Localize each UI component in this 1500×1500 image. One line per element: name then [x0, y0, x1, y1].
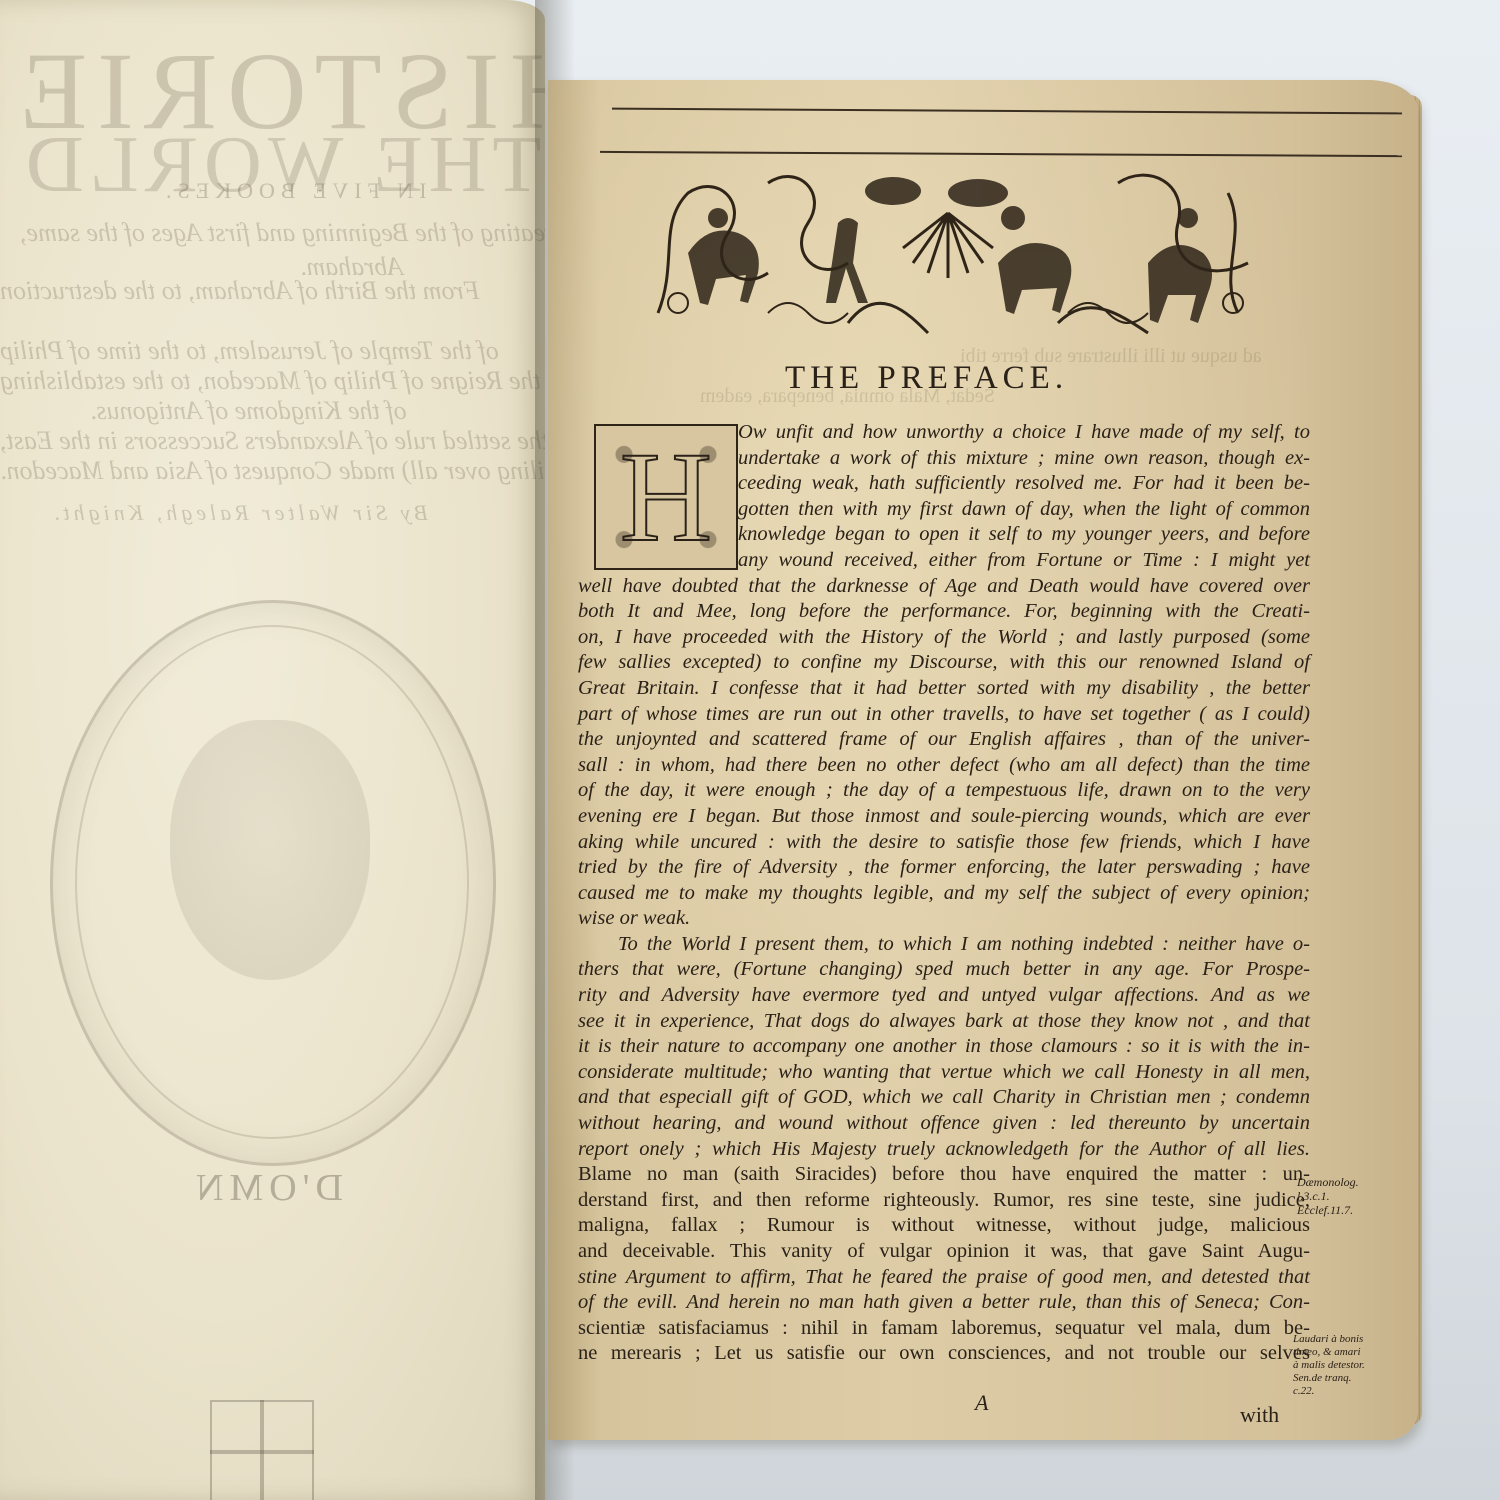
- text-line: both It and Mee, long before the perform…: [578, 599, 1310, 625]
- text-line: sall : in whom, had there been no other …: [578, 753, 1310, 779]
- margin-note-daemonologie: Dæmonolog. l.3.c.1. Ecclef.11.7.: [1297, 1175, 1359, 1217]
- text-line: undertake a work of this mixture ; mine …: [738, 446, 1310, 472]
- margin-note-line: Laudari à bonis: [1293, 1333, 1365, 1346]
- left-page-title-leaf: HISTORIE OF THE WORLD IN FIVE BOOKES. In…: [0, 0, 545, 1500]
- text-line: gotten then with my first dawn of day, w…: [738, 497, 1310, 523]
- margin-note-line: à malis detestor.: [1293, 1359, 1365, 1372]
- text-line: report onely ; which His Majesty truely …: [578, 1137, 1310, 1163]
- margin-note-line: c.22.: [1293, 1385, 1365, 1398]
- text-line-underlined: tried by the fire of Adversity , the for…: [578, 855, 1310, 881]
- signature-mark: A: [975, 1390, 988, 1416]
- woodcut-headpiece-icon: [648, 163, 1260, 343]
- portrait-figure: [170, 720, 370, 980]
- bleed-through-subtitle: IN FIVE BOOKES.: [160, 178, 427, 204]
- text-line: and that especiall gift of GOD, which we…: [578, 1085, 1310, 1111]
- text-line: evening ere I began. But those inmost an…: [578, 804, 1310, 830]
- text-line: on, I have proceeded with the History of…: [578, 625, 1310, 651]
- text-line-underlined: aking while uncured : with the desire to…: [578, 830, 1310, 856]
- text-line-underlined: caused me to make my thoughts legible, a…: [578, 881, 1310, 907]
- text-line: Great Britain. I confesse that it had be…: [578, 676, 1310, 702]
- preface-body-text: Ow unfit and how unworthy a choice I hav…: [578, 420, 1310, 1367]
- text-line: part of whose times are run out in other…: [578, 702, 1310, 728]
- text-line-underlined: thers that were, (Fortune changing) sped…: [578, 957, 1310, 983]
- bleed-through-author: By Sir Walter Ralegh, Knight.: [50, 500, 428, 526]
- margin-note-line: Dæmonolog.: [1297, 1175, 1359, 1189]
- text-line: and deceivable. This vanity of vulgar op…: [578, 1239, 1310, 1265]
- margin-note-line: Sen.de tranq.: [1293, 1372, 1365, 1385]
- coat-of-arms-icon: [210, 1400, 314, 1500]
- text-line: of the day, it were enough ; the day of …: [578, 778, 1310, 804]
- bleed-through-line: Intreating of the Beginning and first Ag…: [20, 218, 545, 248]
- margin-note-line: l.3.c.1.: [1297, 1189, 1359, 1203]
- bleed-through-line: From the Birth of Abraham, to the destru…: [0, 276, 480, 306]
- text-line: scientiæ satisfaciamus : nihil in famam …: [578, 1316, 1310, 1342]
- margin-note-seneca: Laudari à bonis timeo, & amari à malis d…: [1293, 1333, 1365, 1398]
- text-line: Blame no man (saith Siracides) before th…: [578, 1162, 1310, 1188]
- text-line: derstand first, and then reforme righteo…: [578, 1188, 1310, 1214]
- text-line: see it in experience, That dogs do alway…: [578, 1009, 1310, 1035]
- text-line: the unjoynted and scattered frame of our…: [578, 727, 1310, 753]
- bleed-through-line: From the Reigne of Philip of Macedon, to…: [0, 366, 545, 396]
- text-line: maligna, fallax ; Rumour is without witn…: [578, 1213, 1310, 1239]
- paragraph-start-line: To the World I present them, to which I …: [578, 932, 1310, 958]
- bleed-through-line: the Romans (prevailing over all) made Co…: [0, 456, 545, 486]
- bleed-through-line: of the Kingdome of Antigonus.: [90, 396, 407, 426]
- text-line: ne merearis ; Let us satisfie our own co…: [578, 1341, 1310, 1367]
- text-line: without hearing, and wound without offen…: [578, 1111, 1310, 1137]
- text-line: ceeding weak, hath sufficiently resolved…: [738, 471, 1310, 497]
- text-line: well have doubted that the darknesse of …: [578, 574, 1310, 600]
- portrait-legend-text: D'OMN: [190, 1166, 343, 1210]
- text-line: of the evill. And herein no man hath giv…: [578, 1290, 1310, 1316]
- page-title: THE PREFACE.: [785, 360, 1068, 397]
- catchword: with: [1240, 1402, 1279, 1428]
- bleed-through-line: From the settled rule of Alexanders Succ…: [0, 426, 545, 456]
- margin-note-line: Ecclef.11.7.: [1297, 1203, 1359, 1217]
- text-line: it is their nature to accompany one anot…: [578, 1034, 1310, 1060]
- margin-note-line: timeo, & amari: [1293, 1346, 1365, 1359]
- text-line: rity and Adversity have evermore tyed an…: [578, 983, 1310, 1009]
- text-line: Ow unfit and how unworthy a choice I hav…: [738, 420, 1310, 446]
- text-line: few sallies excepted) to confine my Disc…: [578, 650, 1310, 676]
- text-line: any wound received, either from Fortune …: [738, 548, 1310, 574]
- text-line: knowledge began to open it self to my yo…: [738, 522, 1310, 548]
- text-line: stine Argument to affirm, That he feared…: [578, 1265, 1310, 1291]
- text-line: wise or weak.: [578, 906, 1310, 932]
- text-line: considerate multitude; who wanting that …: [578, 1060, 1310, 1086]
- bleed-through-line: of the Temple of Jerusalem, to the time …: [0, 336, 499, 366]
